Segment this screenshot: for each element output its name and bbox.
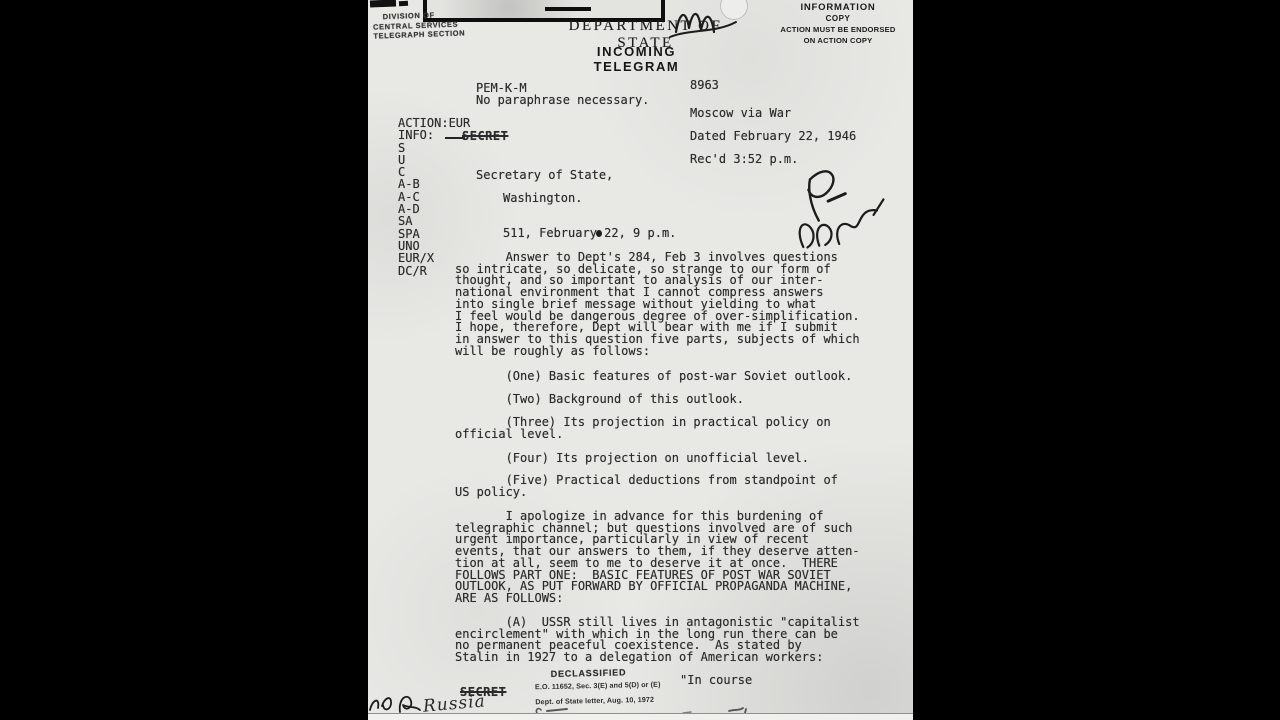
outline-item-two: (Two) Background of this outlook.	[455, 394, 744, 406]
telegram-number: 8963	[690, 80, 719, 92]
division-stamp: DIVISION OF CENTRAL SERVICES TELEGRAPH S…	[373, 9, 466, 41]
declassified-stamp: DECLASSIFIED E.O. 11652, Sec. 3(E) and 5…	[535, 665, 756, 707]
signature-scrawl	[779, 157, 895, 256]
declassified-eo-line: E.O. 11652, Sec. 3(E) and 5(D) or (E)	[535, 678, 755, 692]
address-city: Washington.	[503, 193, 582, 205]
outline-item-three: (Three) Its projection in practical poli…	[455, 417, 831, 440]
distribution-list: S U C A-B A-C A-D SA SPA UNO EUR/X DC/R	[398, 141, 434, 278]
cutoff-stamp-fragment	[370, 0, 396, 7]
classification-secret-struck: SECRET	[462, 131, 508, 143]
incoming-telegram-title: INCOMING TELEGRAM	[554, 44, 719, 74]
declassified-title: DECLASSIFIED	[551, 665, 755, 679]
paragraph-intro: Answer to Dept's 284, Feb 3 involves que…	[455, 252, 860, 357]
info-copy-line: COPY	[773, 14, 903, 23]
paraphrase-note: No paraphrase necessary.	[476, 95, 649, 107]
scan-edge-band	[368, 713, 913, 720]
strike-mark	[445, 137, 465, 139]
reference-line: 511, February 22, 9 p.m.	[503, 228, 676, 240]
handwriting-scrawl-over-title	[668, 4, 740, 42]
info-copy-line: ACTION MUST BE ENDORSED	[773, 25, 903, 34]
info-copy-line: ON ACTION COPY	[773, 36, 903, 45]
outline-item-four: (Four) Its projection on unofficial leve…	[455, 453, 809, 465]
cutoff-stamp-fragment	[399, 1, 408, 6]
stamp-mark	[545, 7, 591, 11]
origin-line: Moscow via War	[690, 108, 791, 120]
paragraph-apology: I apologize in advance for this burdenin…	[455, 511, 860, 605]
dated-line: Dated February 22, 1946	[690, 131, 856, 143]
outline-item-one: (One) Basic features of post-war Soviet …	[455, 371, 852, 383]
information-copy-block: INFORMATION COPY ACTION MUST BE ENDORSED…	[773, 2, 903, 45]
division-stamp-line: TELEGRAPH SECTION	[373, 28, 465, 41]
video-frame: DIVISION OF CENTRAL SERVICES TELEGRAPH S…	[0, 0, 1280, 720]
info-copy-line: INFORMATION	[773, 2, 903, 13]
outline-item-five: (Five) Practical deductions from standpo…	[455, 475, 838, 498]
addressee: Secretary of State,	[476, 170, 613, 182]
telegram-page: DIVISION OF CENTRAL SERVICES TELEGRAPH S…	[368, 0, 913, 720]
paragraph-part-a: (A) USSR still lives in antagonistic "ca…	[455, 617, 860, 664]
ink-blot	[596, 230, 602, 237]
received-line: Rec'd 3:52 p.m.	[690, 154, 798, 166]
